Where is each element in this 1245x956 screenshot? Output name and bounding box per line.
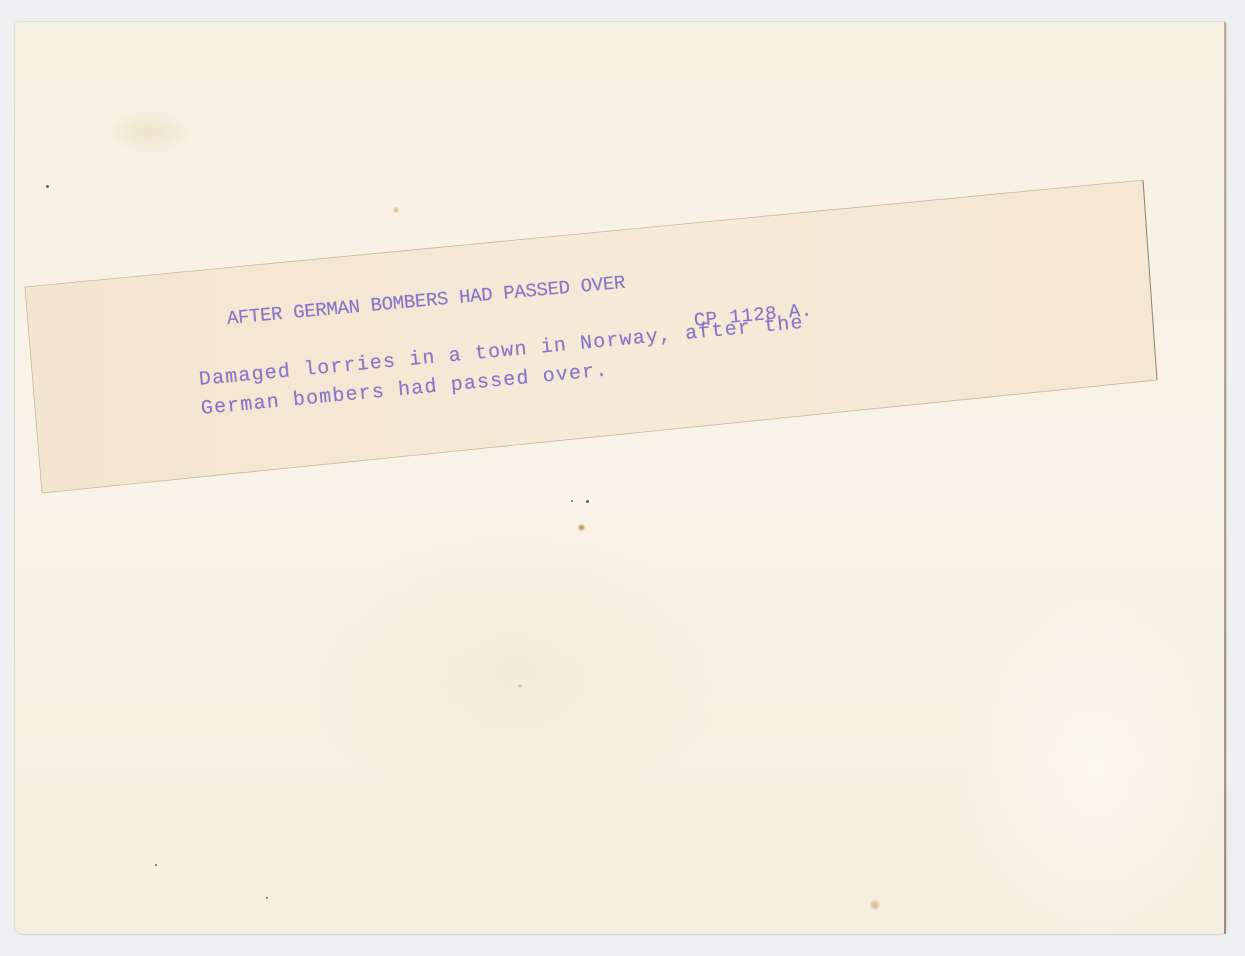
paper-stain [870, 900, 880, 910]
paper-speck [266, 897, 268, 899]
paper-stain [578, 524, 585, 531]
paper-stain [393, 207, 399, 213]
paper-speck [155, 864, 157, 866]
photo-paper-back [15, 22, 1226, 934]
paper-speck [586, 500, 589, 503]
paper-speck [571, 500, 573, 502]
scanned-document: AFTER GERMAN BOMBERS HAD PASSED OVER CP … [0, 0, 1245, 956]
paper-edge [1224, 22, 1226, 934]
paper-speck [46, 185, 49, 188]
paper-stain [518, 684, 522, 688]
